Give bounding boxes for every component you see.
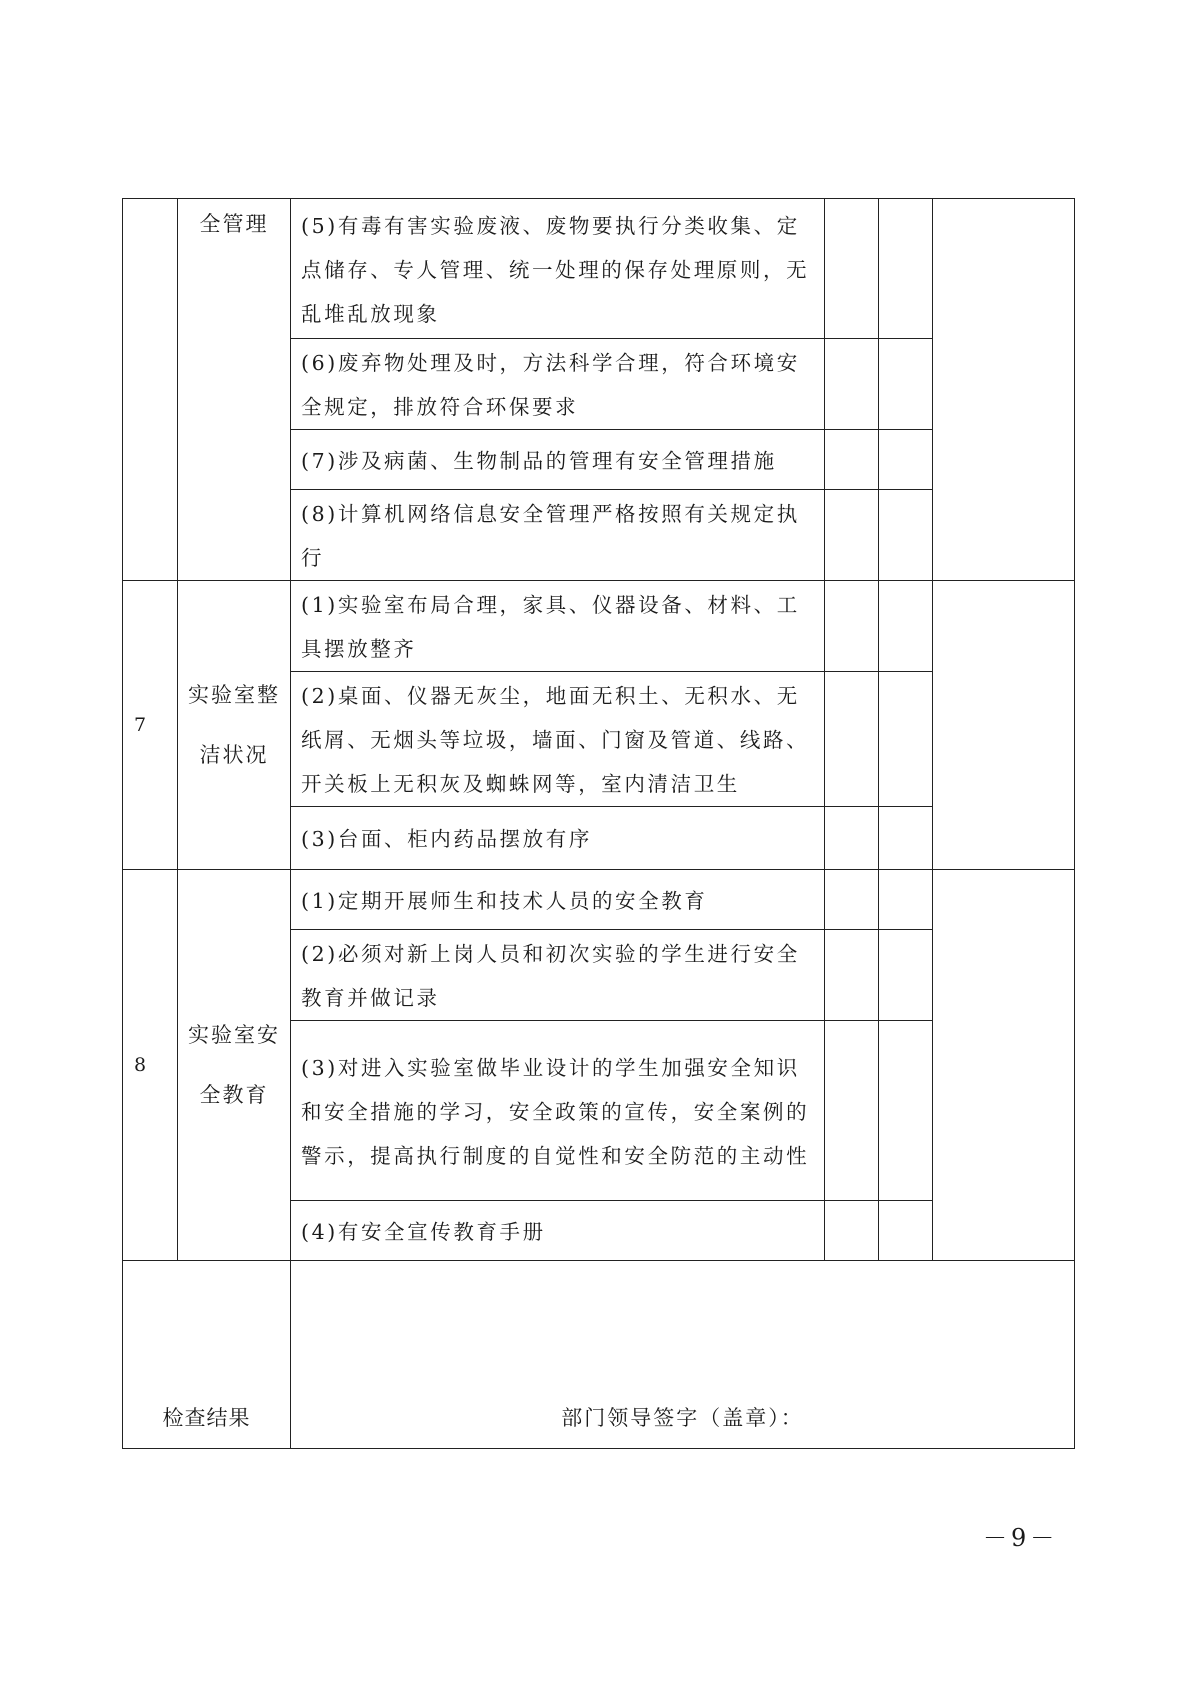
section-category: 全管理 [178, 199, 291, 581]
check-cell[interactable] [825, 430, 879, 490]
check-cell[interactable] [879, 807, 933, 870]
check-cell[interactable] [879, 870, 933, 930]
check-cell[interactable] [879, 1201, 933, 1261]
section-number [123, 199, 178, 581]
check-cell[interactable] [825, 870, 879, 930]
check-cell[interactable] [879, 930, 933, 1021]
table-row: 全管理 (5)有毒有害实验废液、废物要执行分类收集、定点储存、专人管理、统一处理… [123, 199, 1075, 339]
check-cell[interactable] [879, 672, 933, 807]
remark-cell[interactable] [933, 870, 1075, 1261]
inspection-table: 全管理 (5)有毒有害实验废液、废物要执行分类收集、定点储存、专人管理、统一处理… [122, 198, 1075, 1449]
table-row: 8 实验室安全教育 (1)定期开展师生和技术人员的安全教育 [123, 870, 1075, 930]
result-row: 检查结果 部门领导签字（盖章）： [123, 1261, 1075, 1449]
check-item: (6)废弃物处理及时，方法科学合理，符合环境安全规定，排放符合环保要求 [291, 339, 825, 430]
check-item: (1)实验室布局合理，家具、仪器设备、材料、工具摆放整齐 [291, 581, 825, 672]
check-item: (7)涉及病菌、生物制品的管理有安全管理措施 [291, 430, 825, 490]
check-cell[interactable] [879, 581, 933, 672]
check-item: (3)台面、柜内药品摆放有序 [291, 807, 825, 870]
page-number: －9－ [983, 1518, 1058, 1553]
check-cell[interactable] [879, 1021, 933, 1201]
section-number: 8 [123, 870, 178, 1261]
check-item: (8)计算机网络信息安全管理严格按照有关规定执行 [291, 490, 825, 581]
check-item: (2)必须对新上岗人员和初次实验的学生进行安全教育并做记录 [291, 930, 825, 1021]
check-cell[interactable] [825, 672, 879, 807]
check-cell[interactable] [825, 490, 879, 581]
check-cell[interactable] [879, 339, 933, 430]
check-item: (2)桌面、仪器无灰尘，地面无积土、无积水、无纸屑、无烟头等垃圾，墙面、门窗及管… [291, 672, 825, 807]
check-cell[interactable] [879, 199, 933, 339]
check-cell[interactable] [825, 1021, 879, 1201]
table-row: 7 实验室整洁状况 (1)实验室布局合理，家具、仪器设备、材料、工具摆放整齐 [123, 581, 1075, 672]
check-cell[interactable] [825, 930, 879, 1021]
remark-cell[interactable] [933, 581, 1075, 870]
section-category: 实验室安全教育 [178, 870, 291, 1261]
check-item: (3)对进入实验室做毕业设计的学生加强安全知识和安全措施的学习，安全政策的宣传，… [291, 1021, 825, 1201]
check-cell[interactable] [879, 490, 933, 581]
check-item: (4)有安全宣传教育手册 [291, 1201, 825, 1261]
check-cell[interactable] [825, 807, 879, 870]
check-cell[interactable] [825, 339, 879, 430]
signature-field[interactable]: 部门领导签字（盖章）： [291, 1261, 1075, 1449]
section-category: 实验室整洁状况 [178, 581, 291, 870]
check-item: (1)定期开展师生和技术人员的安全教育 [291, 870, 825, 930]
check-cell[interactable] [879, 430, 933, 490]
remark-cell[interactable] [933, 199, 1075, 581]
check-cell[interactable] [825, 581, 879, 672]
check-item: (5)有毒有害实验废液、废物要执行分类收集、定点储存、专人管理、统一处理的保存处… [291, 199, 825, 339]
result-label: 检查结果 [123, 1261, 291, 1449]
check-cell[interactable] [825, 1201, 879, 1261]
check-cell[interactable] [825, 199, 879, 339]
section-number: 7 [123, 581, 178, 870]
